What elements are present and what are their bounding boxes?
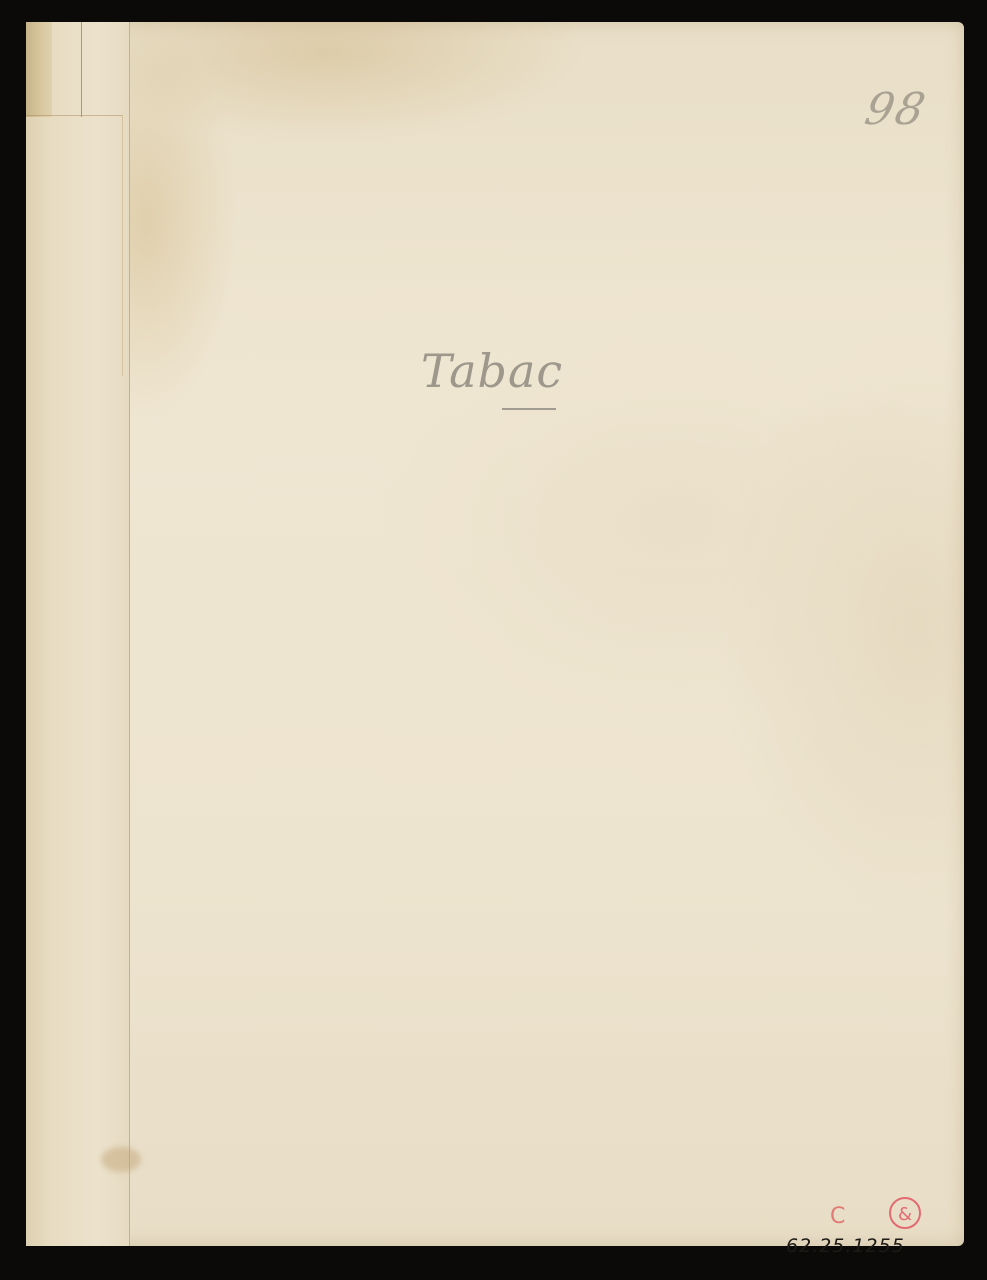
spine-strip bbox=[26, 22, 130, 1246]
shelfmark-number: 62.25.1255 bbox=[786, 1235, 905, 1257]
red-c-mark: C bbox=[830, 1204, 845, 1229]
spine-flap bbox=[26, 115, 123, 376]
library-stamp-icon: & bbox=[889, 1197, 921, 1229]
stain-mark bbox=[101, 1147, 141, 1172]
document-page: 98 Tabac C & 62.25.1255 bbox=[26, 22, 964, 1246]
title-underline bbox=[502, 408, 556, 410]
folio-number: 98 bbox=[861, 84, 932, 135]
spine-crease-line bbox=[81, 22, 82, 117]
handwritten-title: Tabac bbox=[421, 344, 563, 398]
torn-spine-edge bbox=[26, 22, 52, 117]
